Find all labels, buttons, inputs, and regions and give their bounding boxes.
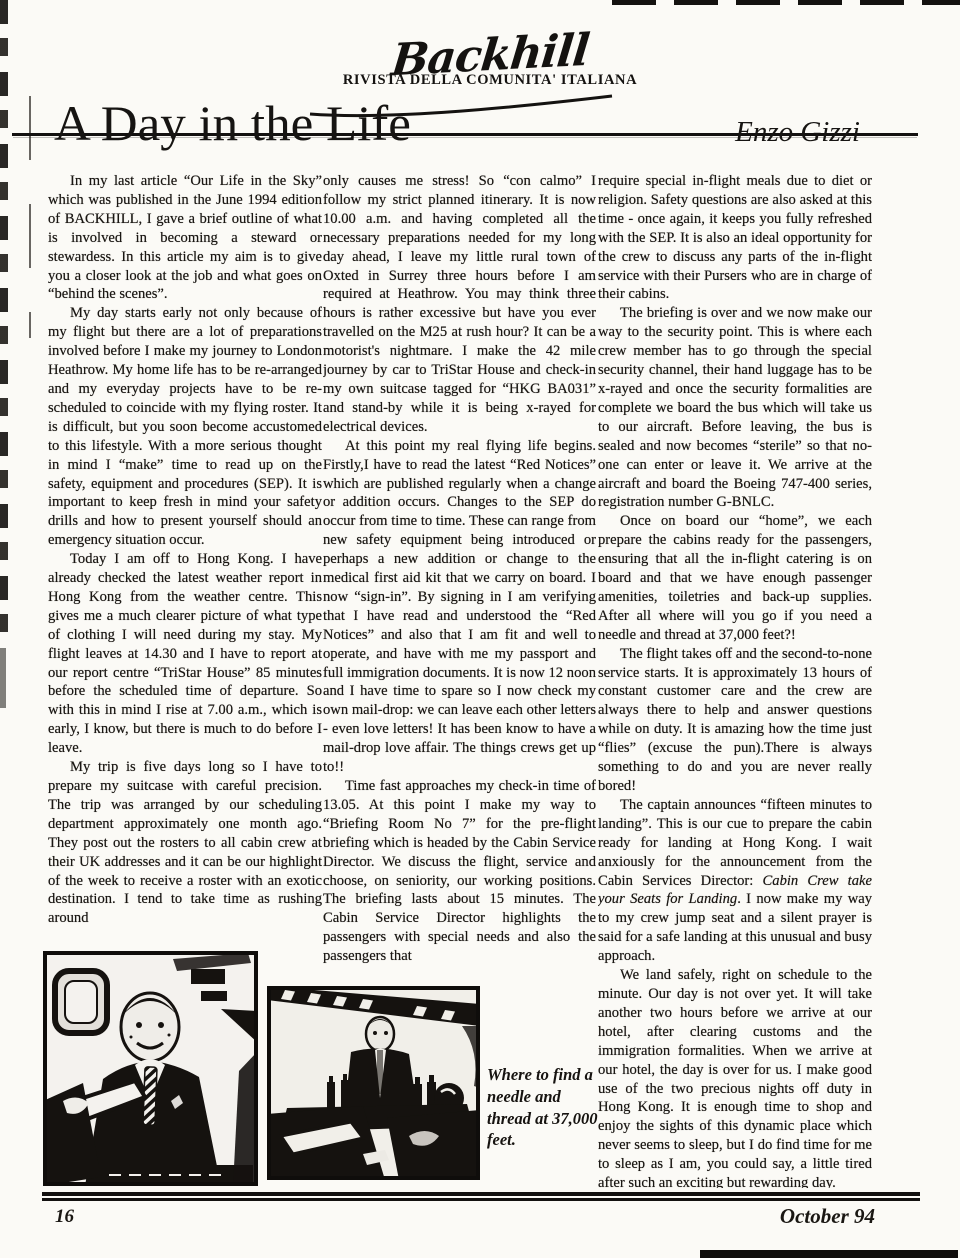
body-paragraph: Once on board our “home”, we each prepar… — [598, 512, 872, 644]
scan-artifact-top-dashes — [612, 0, 960, 5]
body-paragraph: We land safely, right on schedule to the… — [598, 966, 872, 1188]
magazine-page: Backhill RIVISTA DELLA COMUNITA' ITALIAN… — [0, 0, 960, 1258]
text-column-3: require special in-flight meals due to d… — [598, 172, 872, 1188]
body-paragraph: require special in-flight meals due to d… — [598, 172, 872, 304]
article-title: A Day in the Life — [54, 96, 411, 151]
issue-date: October 94 — [640, 1204, 875, 1229]
body-paragraph: At this point my real flying life begins… — [323, 437, 596, 777]
body-paragraph: The flight takes off and the second-to-n… — [598, 645, 872, 796]
photo-caption: Where to find a needle and thread at 37,… — [487, 1064, 601, 1151]
crew-member-standing-in-galley-photo — [267, 986, 480, 1180]
text-column-1: In my last article “Our Life in the Sky”… — [48, 172, 322, 928]
body-paragraph: In my last article “Our Life in the Sky”… — [48, 172, 322, 304]
body-paragraph: The captain announces “fifteen minutes t… — [598, 796, 872, 966]
author-byline: Enzo Gizzi — [660, 116, 860, 149]
scan-artifact-left-edge — [0, 0, 8, 642]
footer-rule — [42, 1192, 920, 1201]
body-paragraph: My trip is five days long so I have to p… — [48, 758, 322, 928]
body-paragraph: My day starts early not only because of … — [48, 304, 322, 550]
text-column-2: only causes me stress! So “con calmo” I … — [323, 172, 596, 966]
body-paragraph: only causes me stress! So “con calmo” I … — [323, 172, 596, 437]
crew-member-seated-by-cabin-window-photo — [43, 951, 258, 1186]
masthead: Backhill RIVISTA DELLA COMUNITA' ITALIAN… — [300, 34, 680, 89]
body-paragraph: Time fast approaches my check-in time of… — [323, 777, 596, 966]
body-paragraph: The briefing is over and we now make our… — [598, 304, 872, 512]
scan-artifact-left-blob — [0, 648, 6, 708]
body-paragraph: Today I am off to Hong Kong. I have alre… — [48, 550, 322, 758]
scan-artifact-bottom-right-bar — [700, 1250, 958, 1258]
page-number: 16 — [55, 1206, 74, 1228]
